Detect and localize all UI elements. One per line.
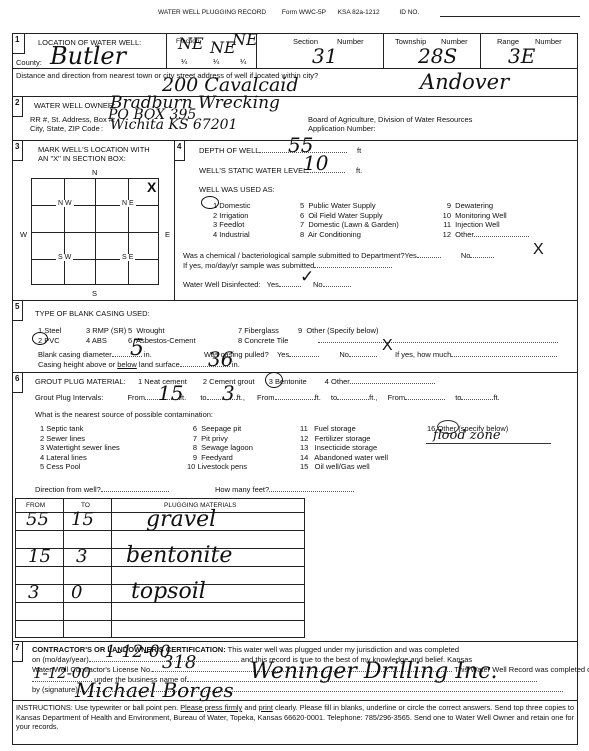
section-grid[interactable]: N W N E S W S E X [31,178,159,285]
row5-from[interactable]: 3 [28,582,39,603]
use-option[interactable]: 4 Industrial [213,230,251,240]
source-option[interactable]: 1 Septic tank [40,424,120,434]
source-option[interactable]: 13 Insecticide storage [300,443,388,453]
use-option[interactable]: 7 Domestic (Lawn & Garden) [300,220,399,230]
use-option[interactable]: 1 Domestic [213,201,251,211]
source-option[interactable]: 3 Watertight sewer lines [40,443,120,453]
id-field[interactable] [440,16,580,17]
quarter-label-3: ¼ [240,57,246,66]
section-4-number: 4 [175,141,185,161]
sample-date-label: If yes, mo/day/yr sample was submitted [183,261,392,270]
static-level-text: WELL'S STATIC WATER LEVEL [199,166,307,175]
use-option[interactable]: 10 Monitoring Well [437,211,529,221]
city-colon: : [101,124,103,133]
header-to: TO [81,502,90,509]
section-2-number: 2 [13,97,23,117]
direction-label: Direction from well? [35,485,169,494]
use-option[interactable]: 9 Dewatering [437,201,529,211]
section-7-number: 7 [13,642,23,662]
row5-to[interactable]: 0 [71,582,82,603]
static-level-value[interactable]: 10 [303,151,328,175]
casing-option[interactable]: 6 Asbestos-Cement [128,336,238,346]
how-many-feet-label: How many feet? [215,485,354,494]
casing-title: TYPE OF BLANK CASING USED: [35,309,150,318]
disinfected-yes-mark[interactable]: ✓ [300,267,314,287]
pulled-no-mark[interactable]: X [382,337,393,355]
grout-option[interactable]: 4 Other [325,377,435,386]
ne-label: N E [120,200,136,207]
casing-option[interactable]: 3 RMP (SR) [86,326,128,336]
signature-value[interactable]: Michael Borges [75,678,234,702]
section-5-number: 5 [13,301,23,321]
town-value[interactable]: Andover [420,70,509,94]
board-label: Board of Agriculture, Division of Water … [308,115,472,124]
range-number-label: Number [535,37,562,46]
rr-address-label: RR #, St. Address, Box #: [30,115,115,124]
nw-label: N W [56,200,74,207]
disinfected-label: Water Well Disinfected: Yes No [183,280,351,289]
interval1-to-value[interactable]: 3 [222,381,235,405]
grout-title: GROUT PLUG MATERIAL: [35,377,126,386]
city-label: City, State, ZIP Code [30,124,100,133]
use-option[interactable]: 8 Air Conditioning [300,230,399,240]
completed-date[interactable]: 1-12-00 [105,642,171,662]
location-x-mark: X [147,179,156,195]
source-option[interactable]: 7 Pit privy [187,434,253,444]
quarter-label-2: ¼ [213,57,219,66]
used-as-label: WELL WAS USED AS: [199,185,275,194]
other-source-value[interactable]: flood zone [433,428,501,443]
row1-from[interactable]: 55 [26,509,49,530]
source-col-1: 1 Septic tank 2 Sewer lines 3 Watertight… [40,424,120,472]
source-option[interactable]: 12 Fertilizer storage [300,434,388,444]
certification-line-1: CONTRACTOR'S OR LANDOWNER'S CERTIFICATIO… [32,645,459,654]
source-option[interactable]: 11 Fuel storage [300,424,388,434]
depth-unit: ft [357,146,361,155]
casing-option[interactable]: 7 Fiberglass [238,326,298,336]
casing-option[interactable]: 4 ABS [86,336,128,346]
casing-other-field[interactable] [318,342,558,343]
mark-location-title-1: MARK WELL'S LOCATION WITH [38,145,150,154]
use-option[interactable]: 12 Other [437,230,529,240]
east-label: E [165,230,170,239]
source-col-3: 11 Fuel storage 12 Fertilizer storage 13… [300,424,388,472]
contamination-label: What is the nearest source of possible c… [35,410,213,419]
form-title: WATER WELL PLUGGING RECORD [158,9,266,16]
source-option[interactable]: 6 Seepage pit [187,424,253,434]
bentonite-circle [265,372,283,388]
row3-material[interactable]: bentonite [126,543,232,568]
source-option[interactable]: 9 Feedyard [187,453,253,463]
casing-option[interactable]: 2 PVC [38,336,86,346]
license-value[interactable]: 318 [162,652,196,673]
use-col-3: 9 Dewatering 10 Monitoring Well 11 Injec… [437,201,529,239]
se-label: S E [120,254,135,261]
use-option[interactable]: 6 Oil Field Water Supply [300,211,399,221]
application-label: Application Number: [308,124,376,133]
casing-option[interactable]: 8 Concrete Tile [238,336,318,346]
diameter-value[interactable]: 5 [130,336,144,361]
use-option[interactable]: 5 Public Water Supply [300,201,399,211]
use-col-2: 5 Public Water Supply 6 Oil Field Water … [300,201,399,239]
ksa-reference: KSA 82a-1212 [338,9,380,16]
interval1-from-value[interactable]: 15 [158,381,183,405]
section-number-label: Number [337,37,364,46]
instructions: INSTRUCTIONS: Use typewriter or ball poi… [16,703,574,732]
row3-to[interactable]: 3 [76,546,87,567]
static-level-unit: ft. [356,166,362,175]
city-value[interactable]: Wichita KS 67201 [110,117,237,133]
west-label: W [20,230,27,239]
form-number: Form WWC-5P [282,9,326,16]
use-col-1: 1 Domestic 2 Irrigation 3 Feedlot 4 Indu… [213,201,251,239]
casing-option[interactable]: 9 Other (Specify below) [298,326,378,335]
casing-height-value[interactable]: 36 [208,347,233,371]
use-option[interactable]: 11 Injection Well [437,220,529,230]
township-value[interactable]: 28S [418,44,457,68]
sw-label: S W [56,254,73,261]
section-3-number: 3 [13,141,23,161]
section-1-number: 1 [13,34,25,54]
section-value[interactable]: 31 [312,44,337,68]
casing-types: 1 Steel3 RMP (SR)5 Wrought7 Fiberglass9 … [38,326,558,345]
source-option[interactable]: 14 Abandoned water well [300,453,388,463]
form-header: WATER WELL PLUGGING RECORD Form WWC-5P K… [158,9,419,16]
owner-label: WATER WELL OWNER: [34,101,115,110]
source-option[interactable]: 2 Sewer lines [40,434,120,444]
row1-material[interactable]: gravel [146,507,216,532]
pulled-label: Was casing pulled? Yes No If yes, how mu… [204,350,557,359]
range-value[interactable]: 3E [508,44,535,68]
fraction-value-3[interactable]: NE [232,30,258,49]
depth-text: DEPTH OF WELL [199,146,259,155]
source-option[interactable]: 10 Livestock pens [187,462,253,472]
section-6-number: 6 [13,373,23,393]
quarter-label-1: ¼ [181,57,187,66]
row1-to[interactable]: 15 [71,509,94,530]
business-value[interactable]: Weninger Drilling Inc. [250,659,498,684]
grout-intervals: Grout Plug Intervals: Fromft. toft., Fro… [35,393,500,402]
source-option[interactable]: 15 Oil well/Gas well [300,462,388,472]
source-option[interactable]: 8 Sewage lagoon [187,443,253,453]
north-label: N [92,168,97,177]
sample-question: Was a chemical / bacteriological sample … [183,251,494,260]
county-value[interactable]: Butler [50,42,126,70]
header-from: FROM [26,502,45,509]
row3-from[interactable]: 15 [28,546,51,567]
county-label: County: [16,58,42,67]
use-option[interactable]: 2 Irrigation [213,211,251,221]
casing-option[interactable]: 1 Steel [38,326,86,336]
mark-location-title-2: AN "X" IN SECTION BOX: [38,154,126,163]
plugging-table: FROM TO PLUGGING MATERIALS 55 15 gravel … [15,498,305,638]
sample-no-mark[interactable]: X [533,241,544,259]
source-col-2: 6 Seepage pit 7 Pit privy 8 Sewage lagoo… [187,424,253,472]
fraction-value-1[interactable]: NE [178,34,204,53]
row5-material[interactable]: topsoil [131,579,206,604]
source-option[interactable]: 4 Lateral lines [40,453,120,463]
id-label: ID NO. [399,9,419,16]
use-option[interactable]: 3 Feedlot [213,220,251,230]
south-label: S [92,289,97,298]
casing-option[interactable]: 5 Wrought [128,326,238,336]
source-option[interactable]: 5 Cess Pool [40,462,120,472]
